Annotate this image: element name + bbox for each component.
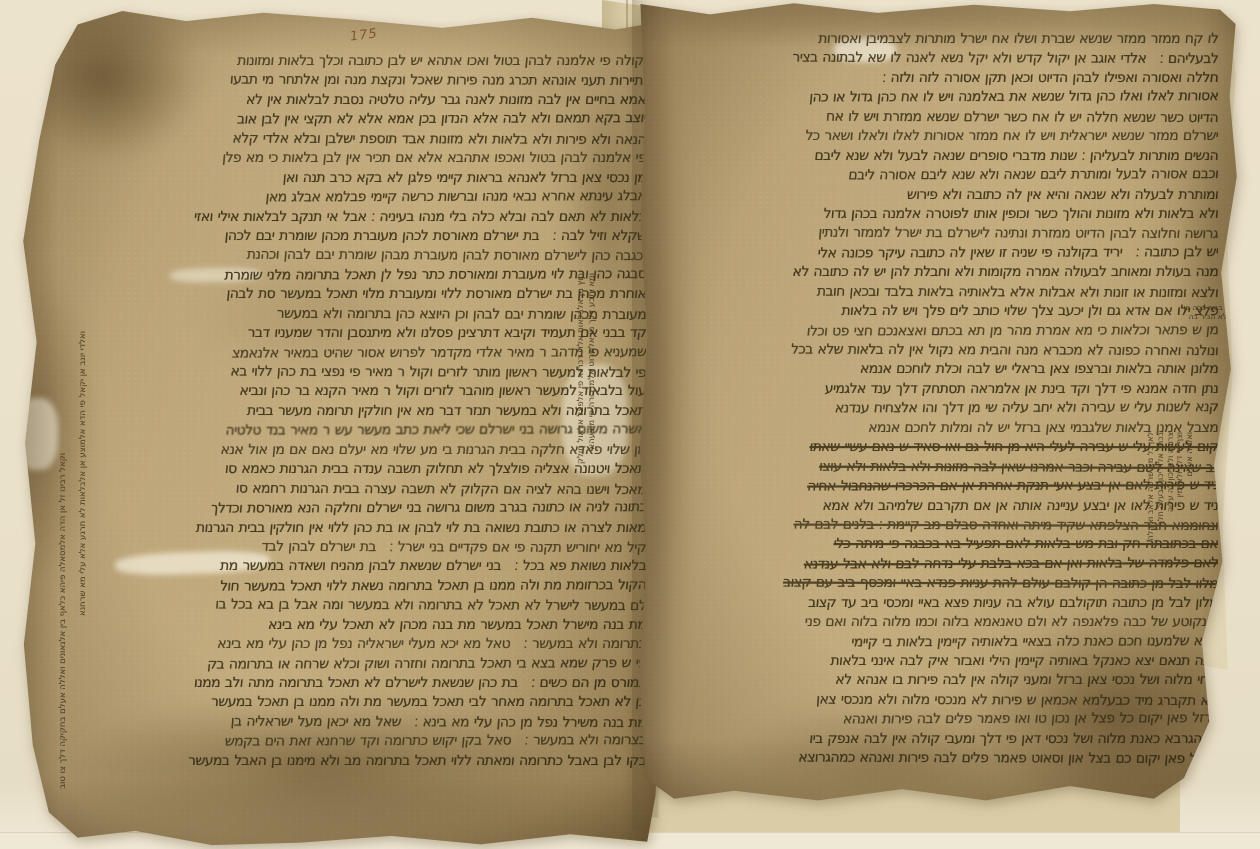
manuscript-line: שמעניא פי מדהב ר מאיר אלדי מקדמר לפרוש א…	[88, 343, 646, 364]
manuscript-line: מאות לצרה או כתובת נשואה בת לוי לבהן או …	[88, 519, 646, 538]
manuscript-line: ולא בלאות ולא מזונות והולך כשר וכופין או…	[656, 205, 1218, 224]
manuscript-line: קום לעשות עלי ש עבירה לעלי היא מן חול גם…	[656, 438, 1218, 457]
manuscript-line: מן שלוי פאדא חלקה בבית הגרנות בי מע שלוי…	[88, 441, 646, 460]
manuscript-line: מת בנה מישרל תאכל במעשר מת בנה מכהן לא ת…	[88, 616, 646, 635]
manuscript-line: וכגבה כהן לישרלם מאורסת לבהן מעוברת מבהן…	[88, 245, 646, 266]
manuscript-line: מן ש פתאר וכלאות כי מא אמרת מהר מן תא בכ…	[656, 321, 1218, 342]
manuscript-line: מא תקברג מיד כבעלמא אכמאן ש פירות לא מנכ…	[656, 690, 1218, 711]
manuscript-line: בלאות נשואת פא בכל ׃ בני ישרלם שנשאת לבה…	[88, 557, 646, 576]
manuscript-line: ומותרת לבעלה ולא שנאה והיא אין לה כתובה …	[656, 186, 1218, 205]
manuscript-line: פי ש פרק שמא בצא בי תאכל בתרומה וחזרה וש…	[88, 654, 646, 675]
manuscript-line: שקלא וזיל לבה ׃ בת ישרלם מאורסת לכהן מעו…	[88, 227, 646, 246]
manuscript-line: ולצא ומזונות או זונות ולא אבלות אלא בלאו…	[656, 282, 1218, 303]
right-page-parchment: לו קח ממזר ממזר שנשא שברת ושלו אח ישרל מ…	[638, 0, 1238, 802]
manuscript-line: הנאה ולא פירות ולא בלאות ולא מזונות אבד …	[88, 129, 646, 150]
manuscript-line: נב שאינה לשם עבירה וכבר אמרנו שאין לבה מ…	[656, 457, 1218, 478]
manuscript-line: הרא שלמענו חכם כאנת כלה בצאיי בלאותיה קי…	[656, 632, 1218, 653]
manuscript-line: מעוברת מכהן שומרת יבם לבהן וכן היוצא כהן…	[88, 304, 646, 325]
manuscript-line: בן לא תאכל בתרומה מאחר לבי תאכל במעשר מת…	[88, 693, 646, 712]
manuscript-line: וכבם אסורה לבעל ומותרת ליבם שנאה ולא שנא…	[656, 165, 1218, 186]
manuscript-line: קנא לשנות עלי ש עבירה ולא יחב עליה שי מן…	[656, 398, 1218, 419]
manuscript-line: וכחי מלוה ושל נכסי צאן ברזל ומעני קולה א…	[656, 671, 1218, 690]
manuscript-line: במורס מן הם כשים ׃ בת כהן שנשאת לישרלם ל…	[88, 674, 646, 693]
manuscript-line: כתונה לניה או כתונה בגרב משום גרושה בני …	[88, 498, 646, 519]
manuscript-line: ברזל פאן יקום כל פצל אן נכון טו ואו פאמר…	[656, 709, 1218, 730]
margin-note-inner-line: ומא יתבע דלך מן אלשרוט אלמדכורה פי מוצעה…	[587, 273, 598, 538]
manuscript-line: לו קח ממזר ממזר שנשא שברת ושלו אח ישרל מ…	[656, 30, 1218, 49]
repair-patch	[16, 398, 58, 470]
manuscript-line: הדיוט כשר שנשא חללה יש לו אח כשר ישרלם ש…	[656, 107, 1218, 128]
margin-note-outer-lower: וקאל רבינו זל אן הדה אלמסאלה פיהא כלאף ב…	[58, 453, 69, 748]
manuscript-line: אוחרת מכהן בת ישרלם מאורסת ללוי ומעוברת …	[88, 285, 646, 304]
manuscript-line: עול בלבאוד למעשר ראשון מוהבר לזרים וקול …	[88, 382, 646, 401]
manuscript-line: אבלג עינתא אחרא נבאי מנהו וברשות כרשה קי…	[88, 187, 646, 208]
margin-note-inner: חוץ מן אלבלאות אלדי דכרנא פי אלפצל אלאול…	[576, 273, 598, 538]
manuscript-line: סבגה כהן ובת לוי מעוברת ומאורסת כתר נפל …	[88, 265, 646, 286]
manuscript-line: לאם פלמדה של בלאות ואן אם בכא בלבת עלי נ…	[656, 554, 1218, 575]
manuscript-line: פלצ ילו אם אדא גם ולן יכעב צלך שלוי כותב…	[656, 302, 1218, 321]
manuscript-line: מלונן אותה בלאות וברצפו צאן בראלי יש לבה…	[656, 360, 1218, 379]
manuscript-line: הקול בכרזומת מת ולה ממנו בן תאכל בתרומה …	[88, 576, 646, 597]
margin-note-inner-line: חוץ מן אלבלאות אלדי דכרנא פי אלפצל אלאול…	[576, 273, 587, 538]
manuscript-line: ניד ש פירות לאו אן יבצע עניינה אותה אן א…	[656, 497, 1218, 516]
manuscript-line: מנה בעולת ומאוחב לבעולה אמרה מקומות ולא …	[656, 263, 1218, 282]
manuscript-line: בלאות לא תאם לבה ובלא כלה בלי מנהו בעיני…	[88, 208, 646, 227]
manuscript-line: ונולנה ואחרה כפונה לא מכברא מנה והבית מא…	[656, 340, 1218, 361]
manuscript-line: מאכל וישנו בהא לציה אם הקלוק לא תשבה עצר…	[88, 479, 646, 500]
manuscript-line: בצרומה ולא במעשר ׃ סאל בקן יקוש כתרומה ו…	[88, 731, 646, 752]
right-page-text: לו קח ממזר ממזר שנשא שברת ושלו אח ישרל מ…	[656, 30, 1218, 772]
right-page: לו קח ממזר ממזר שנשא שברת ושלו אח ישרל מ…	[638, 0, 1238, 802]
manuscript-line: אשרה משום גרושה בני ישרלם שכי ליאת כתב מ…	[88, 420, 646, 441]
manuscript-line: בקו לבן באבל כתרומה ומאתה ללוי תאכל בתרו…	[88, 752, 646, 771]
manuscript-line: ניד ש פירות לאם אן יבצע אעי תנקת אחרת אן…	[656, 476, 1218, 497]
manuscript-line: תאכל ויטנונה אצליה פולצלך לא תחלוק תשבה …	[88, 460, 646, 479]
folio-number: 175	[349, 26, 378, 44]
manuscript-line: מן נכסי צאן ברזל לאנהא בראות קיימי פלגן …	[88, 169, 646, 188]
margin-note-vertical-line: בכתב אלדי יכון לבעלה חלף	[1156, 432, 1166, 570]
margin-note-vertical: לאן כל מא שרטה אלאב ואין להבכתב אלדי יכו…	[1146, 432, 1195, 570]
manuscript-line: לם במעשר לישרל לא תאכל לא בתרומה ולא במע…	[88, 595, 646, 616]
manuscript-line: ותיירות תעני אונהא תכרג מנה פירות שאכל ו…	[88, 70, 646, 91]
manuscript-line: אם בכתובתה חק ובת מש בלאות לאם תפעיל בא …	[656, 535, 1218, 554]
manuscript-line: מת בנה משירל נפל מן כהן עלי מא בינא ׃ שא…	[88, 712, 646, 733]
margin-note-vertical-line: צרורה ולא יכון לה עליה	[1166, 432, 1176, 570]
margin-note-small-line: מן בביר בכה בן	[1152, 303, 1232, 312]
manuscript-line: ישרלם ממזר שנשא ישראלית ויש לו אח ממזר א…	[656, 127, 1218, 146]
manuscript-line: יוצב בקא תמאם ולא לבה אלא הנדון בכן אמא …	[88, 109, 646, 130]
margin-note-vertical-line: וצף פי דלך ולא ימין	[1175, 432, 1185, 570]
left-page: 175 יקולה פי אלמנה לבהן בטול ואכו אתהא י…	[20, 6, 660, 846]
margin-note-vertical-line: ואללה אעלם	[1185, 432, 1195, 570]
manuscript-line: יקולה פי אלמנה לבהן בטול ואכו אתהא יש לב…	[88, 52, 646, 71]
manuscript-line: ונחוממא חבר הצלפתא שקיד מיתה ואחדה סבלם …	[656, 515, 1218, 536]
manuscript-line: נתן חדה אמנא פי דלך וקד בינת אן אלמראה ת…	[656, 380, 1218, 399]
margin-note-small-line: אלא הביר בה	[1152, 312, 1232, 321]
manuscript-line: מלוו לבל מן כתובה הן קולבם עולם להת עניו…	[656, 573, 1218, 594]
manuscript-line: מלון לבל מן כתובה תוקולבם עולא בה עניות …	[656, 594, 1218, 613]
manuscript-line: חללה ואסורה ואפילו לבהן הדיוט וכאן תקן א…	[656, 69, 1218, 88]
manuscript-line: וקאל פאן יקום כם בצל און וסאוט פאמר פלים…	[656, 748, 1218, 769]
manuscript-line: תאכל בתרומה ולא במעשר תנזר דבר מא אין חו…	[88, 402, 646, 421]
margin-note-vertical-line: לאן כל מא שרטה אלאב ואין לה	[1146, 432, 1156, 570]
manuscript-line: לבעליהם ׃ אלדי אוגב אן יקול קדש ולא יקל …	[656, 48, 1218, 69]
margin-note-outer-upper: ואלדי יוגב אן יקאל פי הדא אלמוצע אן אלבל…	[78, 331, 89, 566]
manuscript-line: אמא בחיים אין לבה מזונות לאנה גבר עליה ט…	[88, 91, 646, 110]
manuscript-line: קיל מא יחוריש תקנה פי אם פקדיים בני ישרל…	[88, 537, 646, 558]
manuscript-line: יש לבן כתובה ׃ יריד בקולנה פי שניה זו שא…	[656, 243, 1218, 264]
manuscript-photo: 175 יקולה פי אלמנה לבהן בטול ואכו אתהא י…	[0, 0, 1260, 849]
manuscript-line: גרושה וחלוצה לבהן הדיוט ממזרת ונתינה ליש…	[656, 223, 1218, 244]
manuscript-line: בתרומה ולא במעשר ׃ טאל מא יכא מעלי ישראל…	[88, 635, 646, 654]
fold-shadow	[632, 0, 662, 830]
manuscript-line: קד בבני אם תעמיד וקיבא דתרצינן פסלנו ולא…	[88, 324, 646, 343]
manuscript-line: בינה תנאם יצא כאנקל באותיה קיימין הילי ו…	[656, 652, 1218, 671]
manuscript-line: הונקוטע של כבה פלאנפה לא ולם טאנאמא בלוה…	[656, 613, 1218, 632]
left-page-text: יקולה פי אלמנה לבהן בטול ואכו אתהא יש לב…	[88, 52, 646, 792]
left-page-parchment: 175 יקולה פי אלמנה לבהן בטול ואכו אתהא י…	[20, 6, 660, 846]
manuscript-line: הנשים מותרות לבעליהן ׃ שנות מדברי סופרים…	[656, 147, 1218, 166]
manuscript-line: אסורות לאלו ואלו כהן גדול שנשא את באלמנה…	[656, 87, 1218, 108]
manuscript-line: פי לבלאות למעשר ראשון מותר לזרים וקול ר …	[88, 362, 646, 383]
manuscript-line: מצבל אמנן בלאות שלגבמי צאן ברזל יש לה ומ…	[656, 419, 1218, 438]
manuscript-line: פי אלמנה לבהן בטול ואכפו אתהבא אלא אם תכ…	[88, 149, 646, 168]
manuscript-line: במהגרבא כאנת מלוה ושל נכסי דאן פי דלך ומ…	[656, 730, 1218, 749]
margin-note-small: מן בביר בכה בן אלא הביר בה	[1152, 303, 1232, 321]
